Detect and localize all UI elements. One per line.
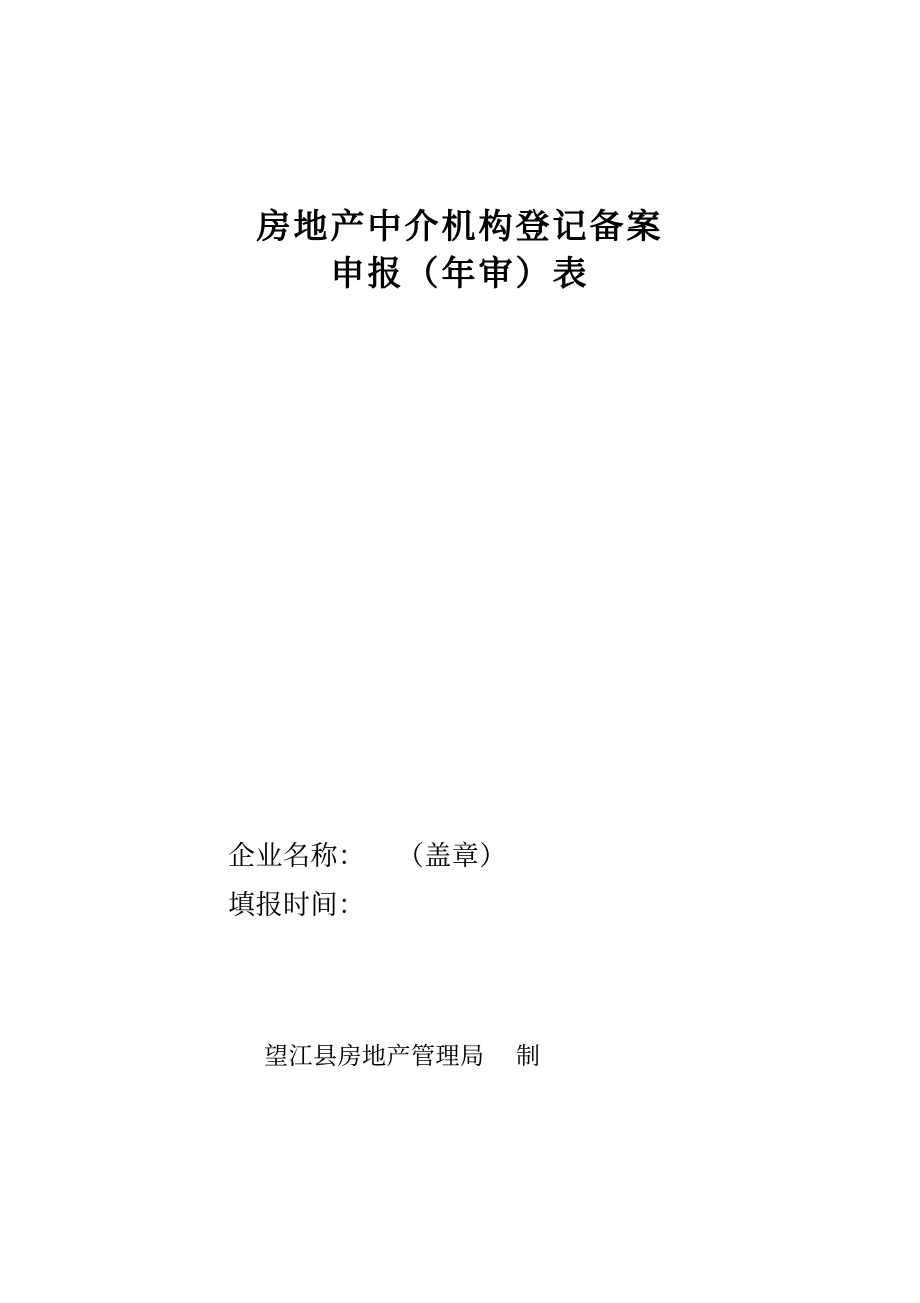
document-page: 房地产中介机构登记备案 申报（年审）表 企业名称： （盖章） 填报时间： 望江县… (0, 0, 920, 1303)
title-line-2: 申报（年审）表 (0, 251, 920, 298)
document-title: 房地产中介机构登记备案 申报（年审）表 (0, 204, 920, 298)
issuer-name: 望江县房地产管理局 (264, 1044, 485, 1070)
seal-hint: （盖章） (397, 832, 507, 881)
company-name-label: 企业名称： (228, 841, 366, 871)
issuer-made-by: 制 (516, 1043, 541, 1071)
fill-date-line: 填报时间： (228, 881, 507, 930)
company-name-line: 企业名称： （盖章） (228, 832, 507, 881)
fill-in-block: 企业名称： （盖章） 填报时间： (228, 832, 507, 930)
title-line-1: 房地产中介机构登记备案 (0, 204, 920, 251)
fill-date-label: 填报时间： (228, 890, 366, 920)
issuer-line: 望江县房地产管理局 制 (264, 1043, 541, 1071)
